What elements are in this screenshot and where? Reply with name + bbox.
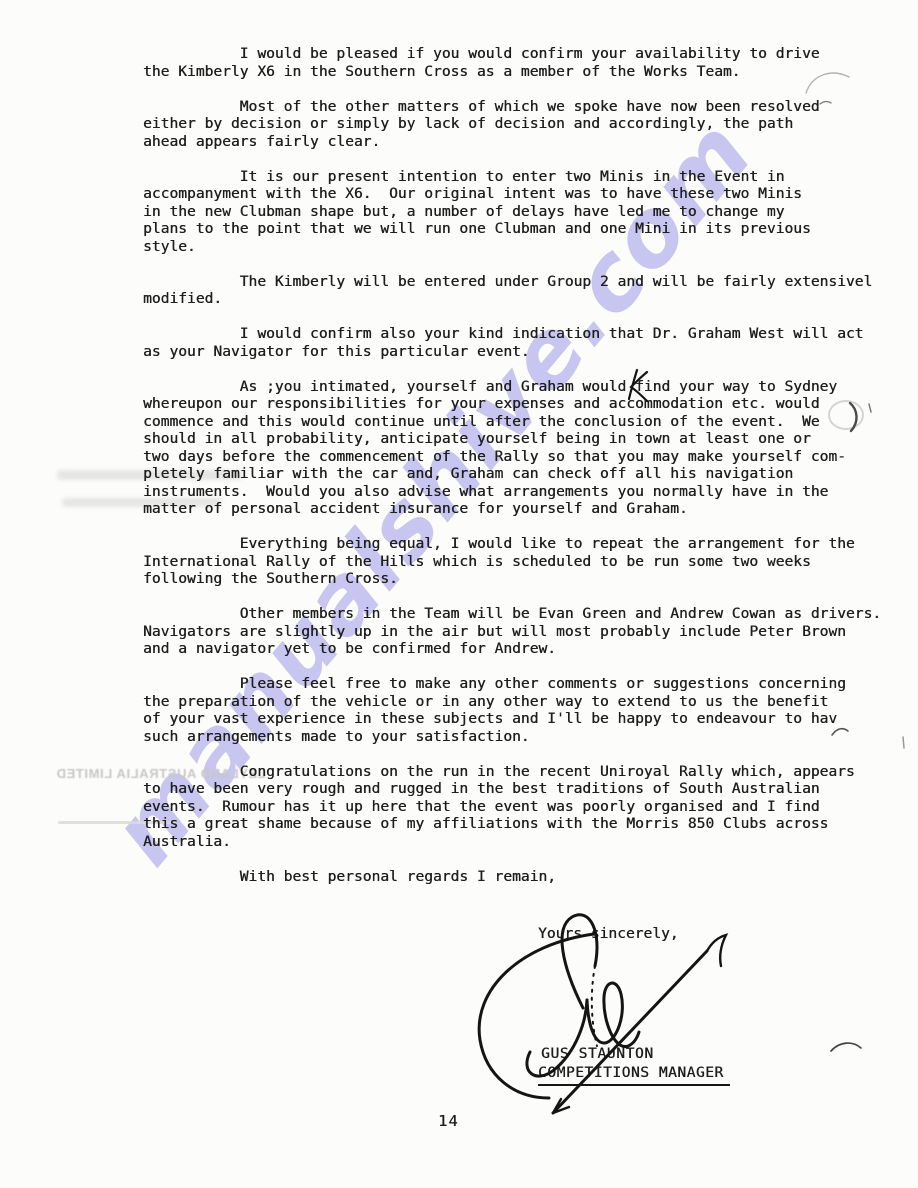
paragraph-other-matters: Most of the other matters of which we sp… xyxy=(143,98,881,151)
paragraph-two-minis: It is our present intention to enter two… xyxy=(143,168,881,256)
paragraph-suggestions: Please feel free to make any other comme… xyxy=(143,675,881,745)
paragraph-uniroyal-rally: Congratulations on the run in the recent… xyxy=(143,763,881,851)
paragraph-availability: I would be pleased if you would confirm … xyxy=(143,45,881,80)
valediction: Yours sincerely, xyxy=(538,925,679,942)
paragraph-navigator: I would confirm also your kind indicatio… xyxy=(143,325,881,360)
paragraph-rally-of-the-hills: Everything being equal, I would like to … xyxy=(143,535,881,588)
letter-page: manualshive.com LEYLAND AUSTRALIA LIMITE… xyxy=(0,0,918,1188)
paragraph-sydney-arrangements: As ;you intimated, yourself and Graham w… xyxy=(143,378,881,518)
letter-body: I would be pleased if you would confirm … xyxy=(143,45,881,903)
paragraph-team-members: Other members in the Team will be Evan G… xyxy=(143,605,881,658)
paragraph-regards: With best personal regards I remain, xyxy=(143,868,881,886)
paragraph-kimberly-group2: The Kimberly will be entered under Group… xyxy=(143,273,881,308)
signer-name: GUS STAUNTON xyxy=(541,1045,654,1062)
signer-title: COMPETITIONS MANAGER xyxy=(538,1064,730,1086)
page-number: 14 xyxy=(438,1113,459,1130)
